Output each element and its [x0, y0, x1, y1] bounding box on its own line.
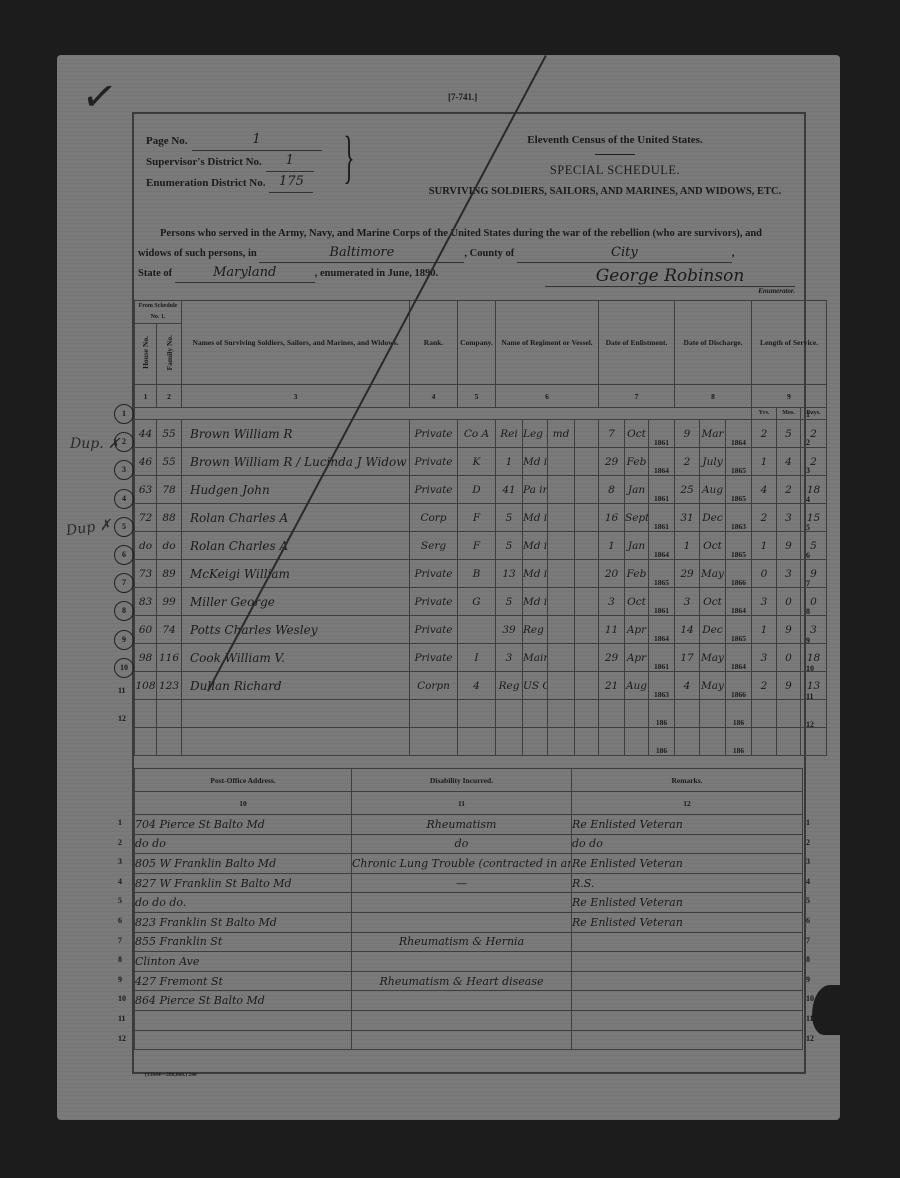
- house-no-cell: 83: [135, 588, 157, 616]
- discharge-month-cell: Dec: [700, 616, 726, 644]
- circled-line-number: 4: [114, 489, 134, 509]
- enlist-month-cell: Feb: [625, 448, 649, 476]
- family-no-header: Family No.: [164, 335, 175, 370]
- enumerated-label: , enumerated in June, 1890.: [315, 268, 438, 279]
- service-days-cell: 15: [801, 504, 827, 532]
- remarks-cell: Re Enlisted Veteran: [572, 815, 803, 835]
- remarks-cell: [572, 1010, 803, 1030]
- widows-label: widows of such persons, in: [138, 248, 257, 259]
- regiment-name-cell: Reg US Col Troops: [523, 616, 548, 644]
- line-number-right: 5: [806, 896, 810, 905]
- service-months-cell: 0: [777, 588, 801, 616]
- table-row: 7389McKeigi WilliamPrivateB13Md inf20Feb…: [135, 560, 827, 588]
- regiment-note-cell: [548, 728, 575, 756]
- company-cell: G: [458, 588, 496, 616]
- remarks-cell: [572, 971, 803, 991]
- rank-cell: Private: [410, 476, 458, 504]
- service-years-cell: [752, 728, 777, 756]
- discharge-month-cell: May: [700, 644, 726, 672]
- col-num-4: 4: [410, 385, 458, 408]
- line-number-right: 11: [806, 692, 814, 701]
- service-months-cell: 3: [777, 504, 801, 532]
- regiment-number-cell: 3: [496, 644, 523, 672]
- address-cell: 827 W Franklin St Balto Md: [135, 873, 352, 893]
- regiment-extra-cell: [575, 532, 599, 560]
- regiment-name-cell: Md inf: [523, 448, 548, 476]
- mos-header: Mos.: [777, 408, 801, 420]
- house-no-cell: do: [135, 532, 157, 560]
- enlist-year-cell: 1865: [649, 560, 675, 588]
- discharge-month-cell: July: [700, 448, 726, 476]
- disability-cell: Rheumatism & Hernia: [352, 932, 572, 952]
- enlist-day-cell: 29: [599, 644, 625, 672]
- spacer-cell: [135, 408, 752, 420]
- intro-line-1: Persons who served in the Army, Navy, an…: [138, 224, 798, 243]
- table-row: 827 W Franklin St Balto Md—R.S.: [135, 873, 803, 893]
- line-number-right: 7: [806, 936, 810, 945]
- line-number-left: 1: [118, 818, 122, 827]
- company-cell: [458, 700, 496, 728]
- enlist-month-cell: Oct: [625, 420, 649, 448]
- regiment-note-cell: [548, 588, 575, 616]
- company-cell: D: [458, 476, 496, 504]
- discharge-month-cell: Mar: [700, 420, 726, 448]
- table-row: 98116Cook William V.PrivateI3Maine inf29…: [135, 644, 827, 672]
- page-no-value: 1: [192, 130, 322, 151]
- remarks-cell: [572, 932, 803, 952]
- remarks-cell: Re Enlisted Veteran: [572, 854, 803, 874]
- service-years-cell: 3: [752, 588, 777, 616]
- service-years-cell: 4: [752, 476, 777, 504]
- table-row: 8399Miller GeorgePrivateG5Md inf3Oct1861…: [135, 588, 827, 616]
- service-days-cell: 0: [801, 588, 827, 616]
- form-number: [7-741.]: [448, 92, 477, 102]
- address-cell: do do: [135, 834, 352, 854]
- house-no-cell: 72: [135, 504, 157, 532]
- disability-cell: [352, 912, 572, 932]
- service-days-cell: [801, 728, 827, 756]
- enlist-year-cell: 1863: [649, 672, 675, 700]
- enumeration-district-label: Enumeration District No.: [146, 173, 265, 193]
- name-cell: [182, 728, 410, 756]
- name-cell: Brown William R / Lucinda J Widow: [182, 448, 410, 476]
- regiment-number-cell: 39: [496, 616, 523, 644]
- schedule-subtitle: SURVIVING SOLDIERS, SAILORS, AND MARINES…: [410, 186, 800, 197]
- rank-cell: Private: [410, 588, 458, 616]
- company-cell: B: [458, 560, 496, 588]
- service-days-cell: 18: [801, 476, 827, 504]
- enlist-month-cell: Aug: [625, 672, 649, 700]
- service-months-cell: 5: [777, 420, 801, 448]
- discharge-month-cell: [700, 700, 726, 728]
- address-cell: Clinton Ave: [135, 952, 352, 972]
- line-number-left: 5: [118, 896, 122, 905]
- line-number-left: 9: [118, 975, 122, 984]
- remarks-cell: do do: [572, 834, 803, 854]
- discharge-day-cell: [675, 700, 700, 728]
- house-no-cell: 73: [135, 560, 157, 588]
- enlist-day-cell: 3: [599, 588, 625, 616]
- service-months-cell: 3: [777, 560, 801, 588]
- regiment-name-cell: [523, 728, 548, 756]
- district-info: Page No.1 Supervisor's District No.1 Enu…: [146, 130, 322, 193]
- line-number-right: 2: [806, 438, 810, 447]
- regiment-name-cell: Md inf: [523, 560, 548, 588]
- line-number-right: 4: [806, 495, 810, 504]
- enlist-day-cell: 21: [599, 672, 625, 700]
- disability-cell: Rheumatism: [352, 815, 572, 835]
- rank-cell: Private: [410, 560, 458, 588]
- table-row: 704 Pierce St Balto MdRheumatismRe Enlis…: [135, 815, 803, 835]
- discharge-month-cell: [700, 728, 726, 756]
- days-header: Days.: [801, 408, 827, 420]
- torn-corner: [812, 985, 842, 1035]
- disability-cell: Chronic Lung Trouble (contracted in army…: [352, 854, 572, 874]
- address-cell: [135, 1030, 352, 1050]
- line-number-right: 5: [806, 523, 810, 532]
- regiment-note-cell: [548, 560, 575, 588]
- table-row: 4655Brown William R / Lucinda J WidowPri…: [135, 448, 827, 476]
- company-cell: I: [458, 644, 496, 672]
- house-no-cell: 108: [135, 672, 157, 700]
- service-years-cell: 1: [752, 532, 777, 560]
- house-no-cell: 44: [135, 420, 157, 448]
- company-cell: K: [458, 448, 496, 476]
- enlist-year-cell: 1861: [649, 476, 675, 504]
- enlist-day-cell: [599, 700, 625, 728]
- house-no-cell: [135, 700, 157, 728]
- table-row: 6378Hudgen JohnPrivateD41Pa inf8Jan18612…: [135, 476, 827, 504]
- state-label: State of: [138, 268, 172, 279]
- regiment-extra-cell: [575, 644, 599, 672]
- line-number-right: 10: [806, 664, 814, 673]
- col-num-12: 12: [572, 792, 803, 815]
- discharge-year-cell: 1863: [726, 504, 752, 532]
- regiment-number-cell: 41: [496, 476, 523, 504]
- discharge-month-cell: May: [700, 560, 726, 588]
- company-header: Company.: [458, 301, 496, 385]
- address-cell: [135, 1010, 352, 1030]
- service-years-cell: 2: [752, 420, 777, 448]
- family-no-cell: 123: [157, 672, 182, 700]
- rank-cell: Private: [410, 644, 458, 672]
- regiment-extra-cell: [575, 560, 599, 588]
- line-number-right: 6: [806, 916, 810, 925]
- table-row: Clinton Ave: [135, 952, 803, 972]
- discharge-month-cell: Oct: [700, 532, 726, 560]
- discharge-year-cell: 1866: [726, 560, 752, 588]
- col-num-7: 7: [599, 385, 675, 408]
- brace-glyph: }: [343, 128, 354, 186]
- line-number: 12: [118, 714, 126, 723]
- line-number-right: 12: [806, 720, 814, 729]
- enlist-day-cell: 7: [599, 420, 625, 448]
- discharge-year-cell: 1865: [726, 476, 752, 504]
- margin-note-dup-1: Dup. ✗: [70, 436, 120, 452]
- line-number-right: 8: [806, 607, 810, 616]
- discharge-day-cell: 3: [675, 588, 700, 616]
- family-no-cell: 55: [157, 448, 182, 476]
- regiment-number-cell: 5: [496, 532, 523, 560]
- line-number-right: 12: [806, 1034, 814, 1043]
- discharge-year-cell: 1865: [726, 616, 752, 644]
- family-no-cell: 116: [157, 644, 182, 672]
- col-num-3: 3: [182, 385, 410, 408]
- col-num-11: 11: [352, 792, 572, 815]
- line-number: 11: [118, 686, 126, 695]
- line-number-right: 9: [806, 975, 810, 984]
- place-value: Baltimore: [259, 243, 464, 263]
- enumeration-district-value: 175: [269, 172, 313, 193]
- discharge-year-cell: 1865: [726, 448, 752, 476]
- remarks-cell: [572, 991, 803, 1011]
- address-cell: 805 W Franklin Balto Md: [135, 854, 352, 874]
- remarks-header: Remarks.: [572, 769, 803, 792]
- service-years-cell: 3: [752, 644, 777, 672]
- rank-cell: [410, 728, 458, 756]
- regiment-extra-cell: [575, 448, 599, 476]
- yrs-header: Yrs.: [752, 408, 777, 420]
- family-no-cell: 78: [157, 476, 182, 504]
- regiment-name-cell: US Col Troops: [523, 672, 548, 700]
- table-row: do do do.Re Enlisted Veteran: [135, 893, 803, 913]
- from-schedule-header: From Schedule No. 1.: [135, 301, 182, 324]
- service-months-cell: 9: [777, 672, 801, 700]
- enlist-month-cell: Jan: [625, 532, 649, 560]
- regiment-extra-cell: [575, 616, 599, 644]
- service-months-cell: [777, 700, 801, 728]
- line-number-right: 8: [806, 955, 810, 964]
- regiment-name-cell: Md inf: [523, 588, 548, 616]
- col-num-5: 5: [458, 385, 496, 408]
- line-number-right: 2: [806, 838, 810, 847]
- address-header: Post-Office Address.: [135, 769, 352, 792]
- family-no-cell: do: [157, 532, 182, 560]
- print-code: (13644—200,000.) 240: [145, 1072, 197, 1078]
- service-days-cell: 2: [801, 448, 827, 476]
- service-months-cell: [777, 728, 801, 756]
- service-months-cell: 0: [777, 644, 801, 672]
- house-no-cell: 63: [135, 476, 157, 504]
- service-days-cell: 9: [801, 560, 827, 588]
- name-cell: [182, 700, 410, 728]
- service-days-cell: 5: [801, 532, 827, 560]
- line-number-left: 3: [118, 857, 122, 866]
- table-row: [135, 1030, 803, 1050]
- enlist-month-cell: [625, 728, 649, 756]
- remarks-cell: [572, 1030, 803, 1050]
- circled-line-number: 9: [114, 630, 134, 650]
- table-row: 805 W Franklin Balto MdChronic Lung Trou…: [135, 854, 803, 874]
- line-number-right: 3: [806, 857, 810, 866]
- regiment-name-cell: [523, 700, 548, 728]
- col-num-1: 1: [135, 385, 157, 408]
- company-cell: [458, 616, 496, 644]
- discharge-year-cell: 1864: [726, 588, 752, 616]
- disability-cell: —: [352, 873, 572, 893]
- regiment-name-cell: Leg Inf: [523, 420, 548, 448]
- rank-cell: Private: [410, 448, 458, 476]
- discharge-year-cell: 1864: [726, 644, 752, 672]
- service-months-cell: 2: [777, 476, 801, 504]
- enlist-month-cell: [625, 700, 649, 728]
- line-number-right: 7: [806, 579, 810, 588]
- col-num-6: 6: [496, 385, 599, 408]
- enlist-day-cell: 8: [599, 476, 625, 504]
- regiment-note-cell: [548, 672, 575, 700]
- discharge-year-cell: 1866: [726, 672, 752, 700]
- discharge-year-cell: 1865: [726, 532, 752, 560]
- family-no-cell: 88: [157, 504, 182, 532]
- regiment-extra-cell: [575, 672, 599, 700]
- rank-header: Rank.: [410, 301, 458, 385]
- line-number-left: 4: [118, 877, 122, 886]
- disability-cell: [352, 1010, 572, 1030]
- supervisor-district-value: 1: [266, 151, 314, 172]
- address-cell: 855 Franklin St: [135, 932, 352, 952]
- table-row: 855 Franklin StRheumatism & Hernia: [135, 932, 803, 952]
- regiment-number-cell: 13: [496, 560, 523, 588]
- soldiers-table: From Schedule No. 1. Names of Surviving …: [134, 300, 827, 756]
- discharge-day-cell: 4: [675, 672, 700, 700]
- discharge-day-cell: 17: [675, 644, 700, 672]
- table-row: 823 Franklin St Balto MdRe Enlisted Vete…: [135, 912, 803, 932]
- disability-header: Disability Incurred.: [352, 769, 572, 792]
- address-table: Post-Office Address. Disability Incurred…: [134, 768, 803, 1050]
- enlist-day-cell: 29: [599, 448, 625, 476]
- enlist-year-cell: 186: [649, 728, 675, 756]
- regiment-note-cell: md: [548, 420, 575, 448]
- discharge-month-cell: Aug: [700, 476, 726, 504]
- enlist-month-cell: Apr: [625, 616, 649, 644]
- house-no-cell: 60: [135, 616, 157, 644]
- supervisor-district-label: Supervisor's District No.: [146, 152, 262, 172]
- disability-cell: [352, 893, 572, 913]
- circled-line-number: 10: [114, 658, 134, 678]
- table-row: 427 Fremont StRheumatism & Heart disease: [135, 971, 803, 991]
- regiment-number-cell: [496, 728, 523, 756]
- regiment-number-cell: Rei: [496, 420, 523, 448]
- col-num-8: 8: [675, 385, 752, 408]
- line-number-left: 2: [118, 838, 122, 847]
- enumerator-block: George Robinson Enumerator.: [545, 266, 795, 295]
- service-years-cell: 1: [752, 448, 777, 476]
- service-months-cell: 9: [777, 616, 801, 644]
- enlist-month-cell: Oct: [625, 588, 649, 616]
- table-row: do dododo do: [135, 834, 803, 854]
- enlist-day-cell: 11: [599, 616, 625, 644]
- regiment-extra-cell: [575, 504, 599, 532]
- regiment-name-cell: Md inf: [523, 532, 548, 560]
- rank-cell: [410, 700, 458, 728]
- remarks-cell: Re Enlisted Veteran: [572, 912, 803, 932]
- family-no-cell: 89: [157, 560, 182, 588]
- service-years-cell: 2: [752, 504, 777, 532]
- regiment-note-cell: [548, 532, 575, 560]
- regiment-extra-cell: [575, 420, 599, 448]
- family-no-cell: 74: [157, 616, 182, 644]
- company-cell: [458, 728, 496, 756]
- regiment-header: Name of Regiment or Vessel.: [496, 301, 599, 385]
- regiment-note-cell: [548, 616, 575, 644]
- line-number-left: 8: [118, 955, 122, 964]
- state-value: Maryland: [175, 263, 315, 283]
- line-number-right: 4: [806, 877, 810, 886]
- regiment-extra-cell: [575, 700, 599, 728]
- address-cell: 823 Franklin St Balto Md: [135, 912, 352, 932]
- discharge-day-cell: 2: [675, 448, 700, 476]
- table-row: dodoRolan Charles ASergF5Md inf1Jan18641…: [135, 532, 827, 560]
- rank-cell: Serg: [410, 532, 458, 560]
- house-no-header: House No.: [140, 336, 151, 369]
- line-number-right: 1: [806, 410, 810, 419]
- rank-cell: Private: [410, 616, 458, 644]
- remarks-cell: [572, 952, 803, 972]
- enlist-day-cell: 16: [599, 504, 625, 532]
- enumerator-label: Enumerator.: [545, 287, 795, 295]
- address-cell: do do do.: [135, 893, 352, 913]
- enlist-year-cell: 1861: [649, 588, 675, 616]
- discharge-month-cell: Oct: [700, 588, 726, 616]
- name-cell: McKeigi William: [182, 560, 410, 588]
- enlist-month-cell: Feb: [625, 560, 649, 588]
- disability-cell: [352, 991, 572, 1011]
- regiment-note-cell: [548, 504, 575, 532]
- disability-cell: [352, 1030, 572, 1050]
- title-rule: [595, 154, 635, 155]
- discharge-month-cell: Dec: [700, 504, 726, 532]
- regiment-note-cell: [548, 700, 575, 728]
- family-no-cell: [157, 700, 182, 728]
- discharge-day-cell: 29: [675, 560, 700, 588]
- service-header: Length of Service.: [752, 301, 827, 385]
- regiment-extra-cell: [575, 728, 599, 756]
- service-days-cell: 3: [801, 616, 827, 644]
- table-row: 186186: [135, 700, 827, 728]
- name-cell: Rolan Charles A: [182, 532, 410, 560]
- enlist-year-cell: 1864: [649, 532, 675, 560]
- remarks-cell: R.S.: [572, 873, 803, 893]
- service-years-cell: [752, 700, 777, 728]
- company-cell: F: [458, 532, 496, 560]
- discharge-header: Date of Discharge.: [675, 301, 752, 385]
- discharge-year-cell: 186: [726, 728, 752, 756]
- family-no-cell: 55: [157, 420, 182, 448]
- table-row: 864 Pierce St Balto Md: [135, 991, 803, 1011]
- line-number-left: 12: [118, 1034, 126, 1043]
- address-cell: 427 Fremont St: [135, 971, 352, 991]
- regiment-number-cell: 5: [496, 588, 523, 616]
- line-number-right: 3: [806, 466, 810, 475]
- census-title: Eleventh Census of the United States.: [430, 134, 800, 146]
- company-cell: Co A: [458, 420, 496, 448]
- table-row: 7288Rolan Charles ACorpF5Md inf16Sept186…: [135, 504, 827, 532]
- enlist-day-cell: 1: [599, 532, 625, 560]
- address-cell: 864 Pierce St Balto Md: [135, 991, 352, 1011]
- enlist-year-cell: 1861: [649, 420, 675, 448]
- discharge-day-cell: 14: [675, 616, 700, 644]
- enlistment-header: Date of Enlistment.: [599, 301, 675, 385]
- house-no-cell: [135, 728, 157, 756]
- discharge-day-cell: 25: [675, 476, 700, 504]
- enlist-year-cell: 186: [649, 700, 675, 728]
- col-num-2: 2: [157, 385, 182, 408]
- enlist-day-cell: [599, 728, 625, 756]
- circled-line-number: 6: [114, 545, 134, 565]
- regiment-extra-cell: [575, 588, 599, 616]
- address-cell: 704 Pierce St Balto Md: [135, 815, 352, 835]
- family-no-cell: [157, 728, 182, 756]
